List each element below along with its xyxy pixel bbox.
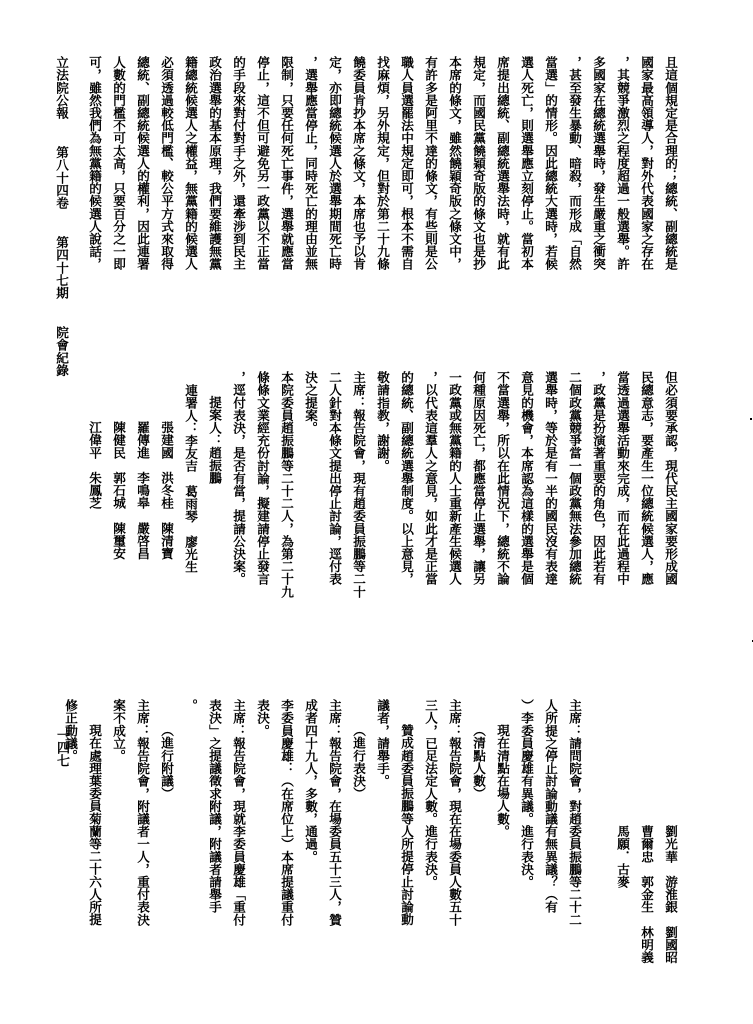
text-column: （進行表決） <box>346 699 370 999</box>
column-text: ：報告院會，現就李委員慶雄「重付 <box>231 724 246 926</box>
text-column: 不當選舉，所以在此情況下，總統不論 <box>490 371 514 671</box>
text-column: 議者，請舉手。 <box>370 699 394 999</box>
text-column: 選舉時，等於是有一半的國民沒有表達 <box>538 371 562 671</box>
scan-speck <box>750 418 752 420</box>
text-column: 可，雖然我們為無黨籍的候選人說話， <box>82 56 106 346</box>
column-text: ：報告院會，附議者一人，重付表決 <box>135 724 150 926</box>
text-column: 籍總統候選人之權益，無黨籍的候選人 <box>178 56 202 346</box>
text-column: 提案人：趙振鵬 <box>202 371 226 671</box>
text-column: 有許多是阿里不達的條文，有些則是公 <box>418 56 442 346</box>
text-column: 選人死亡，則選舉應立刻停止。當初本 <box>514 56 538 346</box>
text-column: 主席：報告院會，在場委員五十三人，贊 <box>322 699 346 999</box>
text-column: 規定，而國民黨饒穎奇版的條文也是抄 <box>466 56 490 346</box>
speaker-label: 主席 <box>351 371 366 396</box>
speaker-label: 李委員慶雄 <box>279 699 294 762</box>
speaker-label: 主席 <box>135 699 150 724</box>
text-column: 當選」的情形。因此總統大選時，若候 <box>538 56 562 346</box>
text-column: ，選舉應當停止，同時死亡的理由並無 <box>298 56 322 346</box>
text-column: 敬請指教，謝謝。 <box>370 371 394 671</box>
text-column: 主席：報告院會，現就李委員慶雄「重付 <box>226 699 250 999</box>
text-column: 二人針對本條文提出停止討論，逕付表 <box>322 371 346 671</box>
text-column: 羅傳進 李鳴皋 嚴啓昌 <box>130 371 154 671</box>
top-text-band: 且這個規定是合理的；總統、副總統是國家最高領導人，對外代表國家之存在，其競爭激烈… <box>82 56 682 346</box>
speaker-label: 主席 <box>327 699 342 724</box>
text-column: 馬願．古麥 <box>610 699 634 999</box>
text-column: 。 <box>178 699 202 999</box>
text-column: 何種原因死亡，都應當停止選舉，讓另 <box>466 371 490 671</box>
text-column: ）李委員慶雄有異議。進行表決。 <box>514 699 538 999</box>
text-column: 限制，只要任何死亡事件，選舉就應當 <box>274 56 298 346</box>
text-column: 主席：請問院會，對趙委員振鵬等二十二 <box>562 699 586 999</box>
text-column: 停止，這不但可避免另一政黨以不正當 <box>250 56 274 346</box>
text-column: 饒委員肯抄本席之條文，本席也予以肯 <box>346 56 370 346</box>
text-column: 的手段來對付對手之外，還牽涉到民主 <box>226 56 250 346</box>
text-column: 國家最高領導人，對外代表國家之存在 <box>634 56 658 346</box>
bottom-text-band: 劉光華 游淮銀 劉國昭曹爾忠 郭金生 林明義馬願．古麥主席：請問院會，對趙委員振… <box>58 699 682 999</box>
text-column: 主席：報告院會，現有趙委員振鵬等二十 <box>346 371 370 671</box>
text-column: ，政黨是扮演著重要的角色，因此若有 <box>586 371 610 671</box>
text-column: 修正動議。 <box>58 699 82 999</box>
text-column: 人數的門檻不可太高，只要百分之一即 <box>106 56 130 346</box>
text-column: ，其競爭激烈之程度超過一般選舉。許 <box>610 56 634 346</box>
text-column: 的總統、副總統選舉制度。以上意見， <box>394 371 418 671</box>
text-column: 張建國 洪冬桂 陳清寶 <box>154 371 178 671</box>
column-text: ：報告院會，現有趙委員振鵬等二十 <box>351 396 366 598</box>
text-column: 成者四十九人，多數，通過。 <box>298 699 322 999</box>
text-column: 職人員選罷法中規定即可，根本不需自 <box>394 56 418 346</box>
text-column: 政治選舉的基本原理，我們要維護無黨 <box>202 56 226 346</box>
column-text: ：報告院會，在場委員五十三人，贊 <box>327 724 342 926</box>
text-column: 民總意志，要產生一位總統候選人，應 <box>634 371 658 671</box>
section-label: 院會紀錄 <box>49 326 73 376</box>
text-column: 劉光華 游淮銀 劉國昭 <box>658 699 682 999</box>
text-column: ，逕付表決，是否有當，提請公決案。 <box>226 371 250 671</box>
text-column: 一政黨或無黨籍的人士重新產生候選人 <box>442 371 466 671</box>
text-column: 表決」之提議徵求附議，附議者請舉手 <box>202 699 226 999</box>
text-column: 總統、副總統候選人的權利，因此連署 <box>130 56 154 346</box>
text-column: 人所提之停止討論動議有無異議？（有 <box>538 699 562 999</box>
text-column: 曹爾忠 郭金生 林明義 <box>634 699 658 999</box>
text-column: 表決。 <box>250 699 274 999</box>
text-column: 二個政黨競爭當一個政黨無法參加總統 <box>562 371 586 671</box>
volume-label: 第八十四卷 <box>49 146 73 209</box>
text-column: 連署人：李友吉 葛雨琴 廖光生 <box>178 371 202 671</box>
text-column: 多國家在總統選舉時，發生嚴重之衝突 <box>586 56 610 346</box>
text-column: 意見的機會，本席認為這樣的選舉是個 <box>514 371 538 671</box>
text-column: 現在處理葉委員菊蘭等二十六人所提 <box>82 699 106 999</box>
text-column: 現在清點在場人數。 <box>490 699 514 999</box>
text-column: ，甚至發生暴動、暗殺，而形成「自然 <box>562 56 586 346</box>
text-column: 本席的條文，雖然饒穎奇版之條文中， <box>442 56 466 346</box>
text-column: 必須透過較低門檻、較公平方式來取得 <box>154 56 178 346</box>
text-column: 主席：報告院會，附議者一人，重付表決 <box>130 699 154 999</box>
issue-label: 第四十七期 <box>49 236 73 299</box>
column-text: ：（在席位上）本席提議重付 <box>279 762 294 926</box>
text-column: 但必須要承認，現代民主國家要形成國 <box>658 371 682 671</box>
text-column <box>586 699 610 999</box>
text-column: 案不成立。 <box>106 699 130 999</box>
middle-text-band: 但必須要承認，現代民主國家要形成國民總意志，要產生一位總統候選人，應當透過選舉活… <box>82 371 682 671</box>
text-column: 贊成趙委員振鵬等人所提停止討論動 <box>394 699 418 999</box>
text-column: （進行附議） <box>154 699 178 999</box>
column-text: ：報告院會，現在在場委員人數五十 <box>447 724 462 926</box>
text-column: 江偉平 朱鳳芝 <box>82 371 106 671</box>
text-column: ，以代表這羣人之意見，如此才是正當 <box>418 371 442 671</box>
text-column: 定，亦即總統候選人於選舉期間死亡時 <box>322 56 346 346</box>
text-column: 本院委員趙振鵬等二十二人，為第二十九 <box>274 371 298 671</box>
text-column: 主席：報告院會，現在在場委員人數五十 <box>442 699 466 999</box>
publication-title: 立法院公報 <box>49 56 73 119</box>
text-column: 三人，已足法定人數。進行表決。 <box>418 699 442 999</box>
text-column: 李委員慶雄：（在席位上）本席提議重付 <box>274 699 298 999</box>
text-column: 找麻煩，另外規定，但對於第二十九條 <box>370 56 394 346</box>
running-header: 立法院公報 第八十四卷 第四十七期 院會紀錄 <box>49 56 73 388</box>
column-text: ：請問院會，對趙委員振鵬等二十二 <box>567 724 582 926</box>
speaker-label: 主席 <box>231 699 246 724</box>
text-column: 條條文業經充份討論，擬建請停止發言 <box>250 371 274 671</box>
text-column: 且這個規定是合理的；總統、副總統是 <box>658 56 682 346</box>
speaker-label: 主席 <box>447 699 462 724</box>
text-column: 決之提案。 <box>298 371 322 671</box>
text-column: 當透過選舉活動來完成，而在此過程中 <box>610 371 634 671</box>
text-column: （清點人數） <box>466 699 490 999</box>
text-column: 陳健民 郭石城 陳璽安 <box>106 371 130 671</box>
text-column: 席提出總統、副總統選舉法時，就有此 <box>490 56 514 346</box>
speaker-label: 主席 <box>567 699 582 724</box>
